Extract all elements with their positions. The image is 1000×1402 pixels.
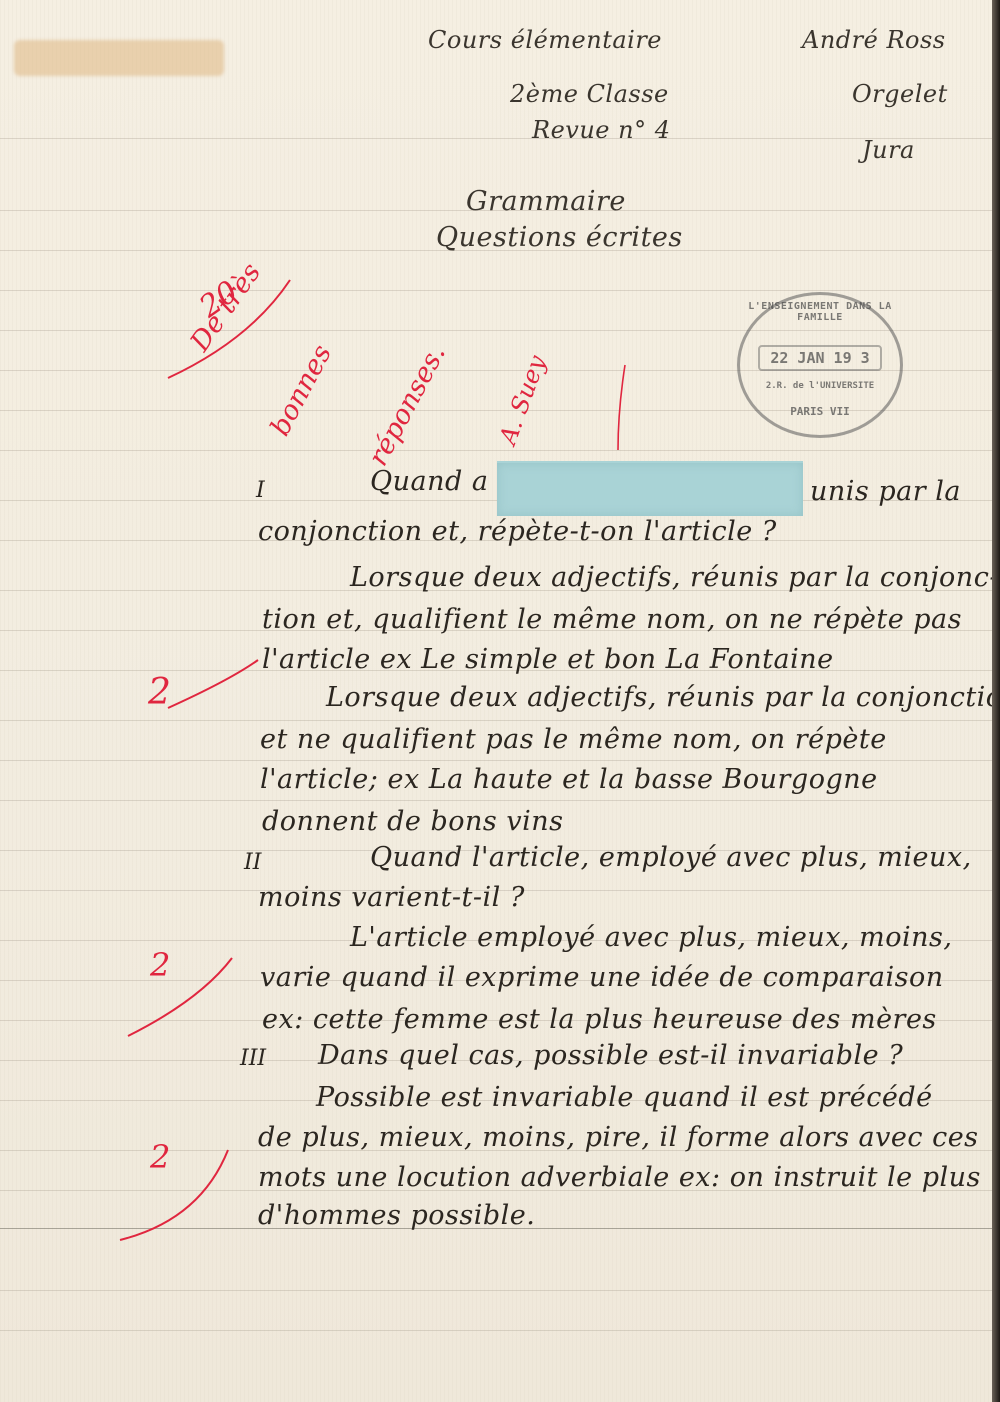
question-1-score: 2 [148, 672, 171, 713]
answer-1-line: Lorsque deux adjectifs, réunis par la co… [326, 682, 992, 713]
answer-3-line: d'hommes possible. [258, 1200, 535, 1231]
question-2-score: 2 [150, 946, 170, 984]
answer-2-line: L'article employé avec plus, mieux, moin… [350, 922, 952, 953]
question-2-line: moins varient-t-il ? [258, 882, 525, 913]
scan-edge [992, 0, 1000, 1402]
answer-3-line: Possible est invariable quand il est pré… [316, 1082, 933, 1113]
answer-1-line: donnent de bons vins [262, 806, 563, 837]
answer-3-line: mots une locution adverbiale ex: on inst… [258, 1162, 981, 1193]
scanned-document-page: Cours élémentaire 2ème Classe Revue n° 4… [0, 0, 992, 1402]
answer-1-line: et ne qualifient pas le même nom, on rép… [260, 724, 887, 755]
question-2-line: Quand l'article, employé avec plus, mieu… [370, 842, 972, 873]
answer-1-line: tion et, qualifient le même nom, on ne r… [262, 604, 962, 635]
question-3-number: III [240, 1046, 266, 1071]
score-slash [128, 958, 232, 1036]
signature-flourish [618, 365, 625, 450]
question-1-line: Quand a [370, 466, 488, 497]
score-slash [120, 1150, 228, 1240]
question-3-score: 2 [150, 1138, 170, 1176]
question-3-line: Dans quel cas, possible est-il invariabl… [318, 1040, 903, 1071]
answer-1-line: Lorsque deux adjectifs, réunis par la co… [350, 562, 992, 593]
question-1-line: conjonction et, répète-t-on l'article ? [258, 516, 777, 547]
answer-2-line: ex: cette femme est la plus heureuse des… [262, 1004, 937, 1035]
blue-paper-strip [497, 461, 803, 516]
question-2-number: II [244, 850, 261, 875]
question-1-number: I [256, 478, 265, 503]
question-1-line: unis par la [810, 476, 961, 507]
answer-1-line: l'article ex Le simple et bon La Fontain… [262, 644, 834, 675]
answer-3-line: de plus, mieux, moins, pire, il forme al… [258, 1122, 979, 1153]
answer-2-line: varie quand il exprime une idée de compa… [260, 962, 944, 993]
score-slash [168, 660, 258, 708]
answer-1-line: l'article; ex La haute et la basse Bourg… [260, 764, 878, 795]
